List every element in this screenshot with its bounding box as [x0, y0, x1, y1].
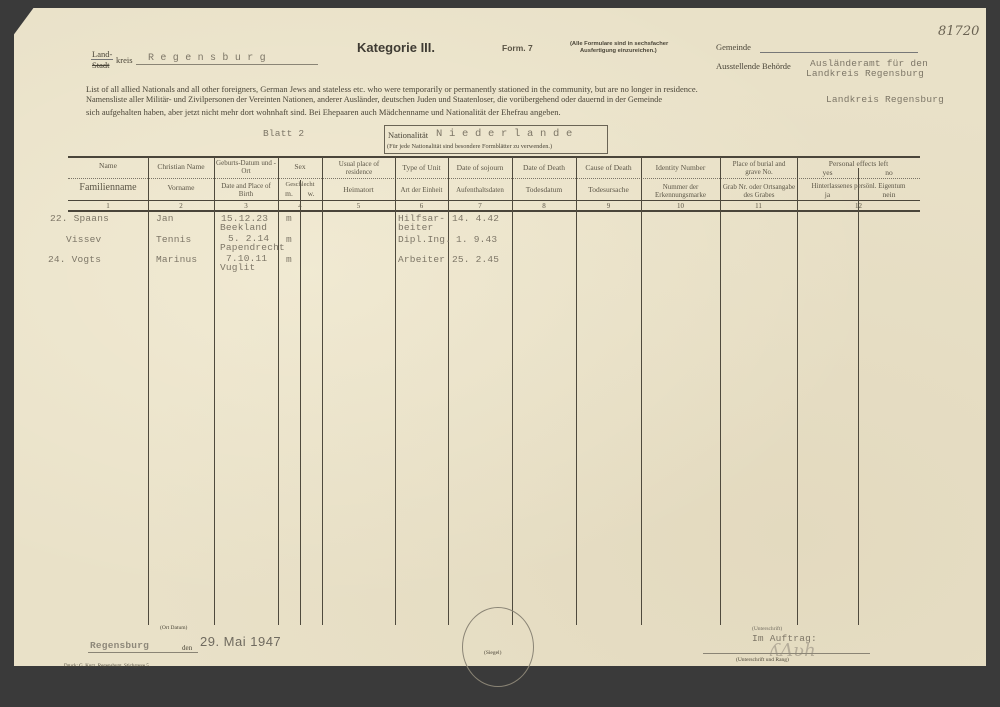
col-7-de: Aufenthaltsdaten: [448, 186, 512, 194]
document-title: Kategorie III.: [357, 40, 435, 55]
row-3-sex: m: [286, 254, 292, 265]
gemeinde-label: Gemeinde: [716, 42, 751, 52]
col-2-de: Vorname: [148, 184, 214, 192]
col-line: [214, 157, 215, 625]
col-3-de: Date and Place of Birth: [214, 182, 278, 198]
col-9-en: Cause of Death: [576, 164, 641, 172]
gemeinde-underline: [760, 52, 918, 53]
col-num-8: 8: [512, 202, 576, 210]
archive-number: 81720: [938, 24, 979, 39]
table-number-rule: [68, 210, 920, 212]
row-3-unit: Arbeiter: [398, 254, 445, 265]
printer-imprint: Druck: G. Kurz, Regensburg, Stichgasse 5…: [64, 664, 150, 669]
row-3-birth-place: Vuglit: [220, 262, 255, 273]
kreis-value: R e g e n s b u r g: [148, 53, 266, 64]
row-2-unit: Dipl.Ing.: [398, 234, 451, 245]
col-10-en: Identity Number: [641, 164, 720, 172]
intro-german-fill: Landkreis Regensburg: [826, 94, 944, 105]
col-num-7: 7: [448, 202, 512, 210]
signature-pre-label: (Unterschrift): [752, 626, 782, 632]
row-1-sex: m: [286, 213, 292, 224]
form-number: Form. 7: [502, 43, 533, 53]
row-1-name: 22. Spaans: [50, 213, 109, 224]
land-label: Land-: [92, 49, 112, 59]
col-line: [641, 157, 642, 625]
col-line: [395, 157, 396, 625]
row-3-vorname: Marinus: [156, 254, 197, 265]
col-5-de: Heimatort: [322, 186, 395, 194]
col-num-1: 1: [68, 202, 148, 210]
col-1-de: Familienname: [68, 184, 148, 192]
stamp-label: (Siegel): [484, 650, 501, 656]
col-num-11: 11: [720, 202, 797, 210]
col-12-ja: ja: [797, 191, 858, 199]
col-1-en: Name: [68, 162, 148, 170]
col-12-no: no: [858, 169, 920, 177]
col-4-de: Geschlecht: [278, 181, 322, 189]
row-2-birth-place: Papendrecht: [220, 242, 285, 253]
col-num-2: 2: [148, 202, 214, 210]
col-6-en: Type of Unit: [395, 164, 448, 172]
col-line: [148, 157, 149, 625]
col-line: [720, 157, 721, 625]
row-1-birth-place: Beekland: [220, 222, 267, 233]
col-line: [322, 157, 323, 625]
footer-place: Regensburg: [90, 640, 149, 651]
col-7-en: Date of sojourn: [448, 164, 512, 172]
col-num-10: 10: [641, 202, 720, 210]
row-2-name: Vissev: [66, 234, 101, 245]
behoerde-label: Ausstellende Behörde: [716, 61, 791, 71]
col-12-yes: yes: [797, 169, 858, 177]
row-1-vorname: Jan: [156, 213, 174, 224]
col-line: [797, 157, 798, 625]
kreis-underline: [136, 64, 318, 65]
col-5-en: Usual place of residence: [326, 160, 392, 176]
col-line: [576, 157, 577, 625]
col-4-w: w.: [300, 190, 322, 198]
form-note-2: Ausfertigung einzureichen.): [580, 48, 657, 54]
col-11-en: Place of burial and grave No.: [726, 160, 792, 176]
row-3-sojourn: 25. 2.45: [452, 254, 499, 265]
footer-date: 29. Mai 1947: [200, 634, 281, 649]
header-divider: [68, 178, 920, 179]
col-num-6: 6: [395, 202, 448, 210]
nationality-note: (Für jede Nationalität sind besondere Fo…: [387, 143, 552, 150]
intro-german-1: Namensliste aller Militär- und Zivilpers…: [86, 95, 662, 104]
col-12-en: Personal effects left: [797, 160, 920, 168]
table-top-rule: [68, 156, 920, 158]
form-note-1: (Alle Formulare sind in sechsfacher: [570, 41, 668, 47]
signature-line: [703, 653, 870, 654]
behoerde-value-2: Landkreis Regensburg: [806, 68, 924, 79]
col-4-en: Sex: [278, 163, 322, 171]
nationality-label: Nationalität: [388, 130, 428, 140]
row-1-sojourn: 14. 4.42: [452, 213, 499, 224]
row-2-sex: m: [286, 234, 292, 245]
ort-datum-label: (Ort Datum): [160, 625, 187, 631]
row-2-vorname: Tennis: [156, 234, 191, 245]
intro-german-2: sich aufgehalten haben, aber jetzt nicht…: [86, 107, 561, 117]
intro-english: List of all allied Nationals and all oth…: [86, 84, 698, 94]
col-2-en: Christian Name: [148, 163, 214, 171]
col-line: [300, 180, 301, 625]
col-num-4: 4: [278, 202, 322, 210]
official-stamp: [462, 607, 534, 687]
signature-label: (Unterschrift und Rang): [736, 657, 789, 663]
col-4-m: m.: [278, 190, 300, 198]
col-12-de: Hinterlassenes persönl. Eigentum: [797, 182, 920, 190]
col-8-en: Date of Death: [512, 164, 576, 172]
col-num-9: 9: [576, 202, 641, 210]
den-label: den: [182, 644, 192, 652]
col-line: [448, 157, 449, 625]
col-line: [278, 157, 279, 625]
col-3-en: Geburts-Datum und -Ort: [214, 159, 278, 175]
col-12-nein: nein: [858, 191, 920, 199]
col-9-de: Todesursache: [576, 186, 641, 194]
stadt-label: Stadt: [92, 60, 109, 70]
col-11-de: Grab Nr. oder Ortsangabe des Grabes: [722, 183, 796, 199]
col-8-de: Todesdatum: [512, 186, 576, 194]
nationality-value: N i e d e r l a n d e: [436, 128, 573, 140]
col-num-3: 3: [214, 202, 278, 210]
col-6-de: Art der Einheit: [395, 186, 448, 194]
place-underline: [88, 652, 198, 653]
col-line: [512, 157, 513, 625]
table-header-rule: [68, 200, 920, 201]
col-num-5: 5: [322, 202, 395, 210]
row-3-name: 24. Vogts: [48, 254, 101, 265]
kreis-label: kreis: [116, 55, 133, 65]
col-line: [858, 168, 859, 625]
sheet-number: Blatt 2: [263, 128, 304, 139]
row-1-unit-2: beiter: [398, 222, 433, 233]
row-2-sojourn: 1. 9.43: [456, 234, 497, 245]
col-10-de: Nummer der Erkennungsmarke: [645, 183, 716, 199]
col-num-12: 12: [797, 202, 920, 210]
